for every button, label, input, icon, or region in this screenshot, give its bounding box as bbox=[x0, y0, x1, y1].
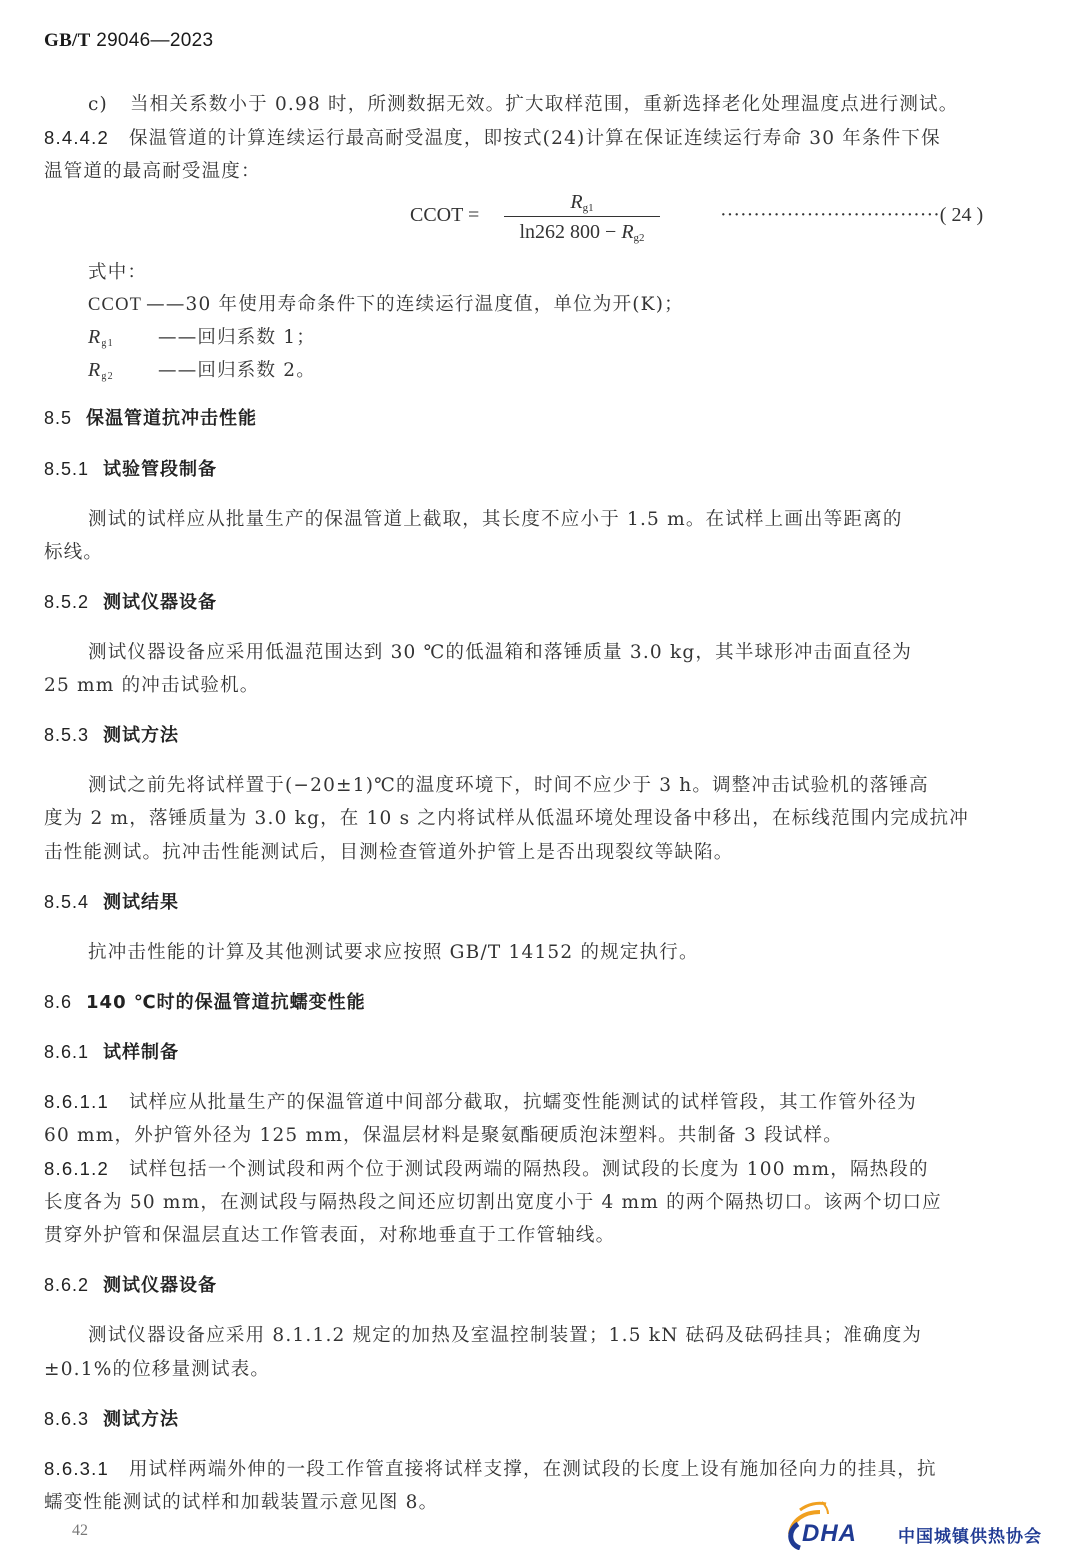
formula-24: CCOT = Rg1 ln262 800 − Rg2 ·············… bbox=[410, 188, 1030, 248]
numerator-symbol: R bbox=[570, 191, 582, 213]
heading-8-6-1: 8.6.1试样制备 bbox=[44, 1038, 179, 1064]
denominator-prefix: ln262 800 − bbox=[519, 221, 621, 243]
variable-symbol: Rg1 bbox=[88, 326, 158, 349]
symbol-letter: R bbox=[88, 326, 101, 348]
heading-8-6: 8.6140 ℃时的保温管道抗蠕变性能 bbox=[44, 988, 366, 1014]
clause-8-4-4-2: 8.4.4.2保温管道的计算连续运行最高耐受温度，即按式(24)计算在保证连续运… bbox=[44, 124, 941, 150]
heading-number: 8.6.3 bbox=[44, 1409, 89, 1429]
variable-rg2: Rg2——回归系数 2。 bbox=[88, 356, 316, 382]
heading-title: 测试仪器设备 bbox=[103, 592, 217, 613]
variable-desc: ——30 年使用寿命条件下的连续运行温度值，单位为开(K)； bbox=[146, 294, 684, 315]
where-label: 式中： bbox=[88, 258, 147, 284]
equation-number: ( 24 ) bbox=[940, 204, 983, 226]
heading-number: 8.6.1 bbox=[44, 1042, 89, 1062]
heading-title: 试样制备 bbox=[103, 1042, 179, 1063]
numerator-sub: g1 bbox=[583, 202, 594, 214]
paragraph-line: 贯穿外护管和保温层直达工作管表面，对称地垂直于工作管轴线。 bbox=[44, 1221, 615, 1247]
heading-title: 测试方法 bbox=[103, 725, 179, 746]
formula-leader: ·································( 24 ) bbox=[720, 204, 983, 227]
clause-8-6-3-1: 8.6.3.1用试样两端外伸的一段工作管直接将试样支撑，在测试段的长度上设有施加… bbox=[44, 1455, 937, 1481]
heading-number: 8.5.2 bbox=[44, 592, 89, 612]
paragraph-line: 60 mm，外护管外径为 125 mm，保温层材料是聚氨酯硬质泡沫塑料。共制备 … bbox=[44, 1121, 843, 1147]
heading-number: 8.5.3 bbox=[44, 725, 89, 745]
variable-desc: ——回归系数 1； bbox=[158, 327, 316, 348]
heading-number: 8.6.2 bbox=[44, 1275, 89, 1295]
variable-symbol: CCOT bbox=[88, 295, 142, 316]
heading-8-5-1: 8.5.1试验管段制备 bbox=[44, 455, 217, 481]
paragraph-line: 蠕变性能测试的试样和加载装置示意见图 8。 bbox=[44, 1488, 438, 1514]
denominator-sub: g2 bbox=[634, 232, 645, 244]
clause-number: 8.6.3.1 bbox=[44, 1458, 109, 1479]
paragraph-line: 测试仪器设备应采用 8.1.1.2 规定的加热及室温控制装置；1.5 kN 砝码… bbox=[88, 1321, 922, 1347]
heading-number: 8.5.1 bbox=[44, 459, 89, 479]
heading-title: 140 ℃时的保温管道抗蠕变性能 bbox=[86, 992, 366, 1013]
paragraph-line: 标线。 bbox=[44, 538, 103, 564]
variable-symbol: Rg2 bbox=[88, 359, 158, 382]
variable-rg1: Rg1——回归系数 1； bbox=[88, 323, 316, 349]
clause-text-cont: 温管道的最高耐受温度： bbox=[44, 157, 261, 183]
clause-text: 保温管道的计算连续运行最高耐受温度，即按式(24)计算在保证连续运行寿命 30 … bbox=[129, 128, 941, 149]
heading-8-5-4: 8.5.4测试结果 bbox=[44, 888, 179, 914]
formula-numerator: Rg1 bbox=[502, 188, 662, 216]
clause-number: 8.6.1.1 bbox=[44, 1091, 109, 1112]
standard-number: 29046—2023 bbox=[96, 30, 213, 51]
heading-title: 测试方法 bbox=[103, 1409, 179, 1430]
paragraph-line: 击性能测试。抗冲击性能测试后，目测检查管道外护管上是否出现裂纹等缺陷。 bbox=[44, 838, 734, 864]
item-c-label: c) bbox=[88, 94, 108, 115]
heading-number: 8.6 bbox=[44, 992, 72, 1012]
standard-code: GB/T 29046—2023 bbox=[44, 30, 213, 52]
heading-title: 试验管段制备 bbox=[103, 459, 217, 480]
clause-text: 用试样两端外伸的一段工作管直接将试样支撑，在测试段的长度上设有施加径向力的挂具，… bbox=[129, 1459, 937, 1480]
paragraph-line: 测试的试样应从批量生产的保温管道上截取，其长度不应小于 1.5 m。在试样上画出… bbox=[88, 505, 903, 531]
variable-ccot: CCOT——30 年使用寿命条件下的连续运行温度值，单位为开(K)； bbox=[88, 290, 684, 316]
formula-fraction: Rg1 ln262 800 − Rg2 bbox=[502, 188, 662, 245]
heading-title: 保温管道抗冲击性能 bbox=[86, 408, 257, 429]
paragraph-line: 测试之前先将试样置于(−20±1)℃的温度环境下，时间不应少于 3 h。调整冲击… bbox=[88, 771, 929, 797]
heading-title: 测试仪器设备 bbox=[103, 1275, 217, 1296]
leader-dots: ································· bbox=[720, 204, 940, 226]
paragraph-line: 抗冲击性能的计算及其他测试要求应按照 GB/T 14152 的规定执行。 bbox=[88, 938, 699, 964]
variable-desc: ——回归系数 2。 bbox=[158, 360, 316, 381]
clause-number: 8.4.4.2 bbox=[44, 127, 109, 148]
heading-8-5-2: 8.5.2测试仪器设备 bbox=[44, 588, 217, 614]
paragraph-line: 25 mm 的冲击试验机。 bbox=[44, 671, 260, 697]
formula-denominator: ln262 800 − Rg2 bbox=[502, 217, 662, 245]
logo-mark: DHA bbox=[802, 1520, 857, 1548]
heading-number: 8.5 bbox=[44, 408, 72, 428]
clause-8-6-1-1: 8.6.1.1试样应从批量生产的保温管道中间部分截取，抗蠕变性能测试的试样管段，… bbox=[44, 1088, 917, 1114]
clause-text: 试样包括一个测试段和两个位于测试段两端的隔热段。测试段的长度为 100 mm，隔… bbox=[129, 1159, 929, 1180]
heading-number: 8.5.4 bbox=[44, 892, 89, 912]
symbol-sub: g1 bbox=[101, 338, 113, 349]
paragraph-line: 长度各为 50 mm，在测试段与隔热段之间还应切割出宽度小于 4 mm 的两个隔… bbox=[44, 1188, 942, 1214]
clause-number: 8.6.1.2 bbox=[44, 1158, 109, 1179]
clause-text: 试样应从批量生产的保温管道中间部分截取，抗蠕变性能测试的试样管段，其工作管外径为 bbox=[129, 1092, 917, 1113]
clause-8-6-1-2: 8.6.1.2试样包括一个测试段和两个位于测试段两端的隔热段。测试段的长度为 1… bbox=[44, 1155, 929, 1181]
item-c: c)当相关系数小于 0.98 时，所测数据无效。扩大取样范围，重新选择老化处理温… bbox=[88, 90, 958, 116]
heading-8-5: 8.5保温管道抗冲击性能 bbox=[44, 404, 257, 430]
paragraph-line: 测试仪器设备应采用低温范围达到 30 ℃的低温箱和落锤质量 3.0 kg，其半球… bbox=[88, 638, 912, 664]
heading-8-6-3: 8.6.3测试方法 bbox=[44, 1405, 179, 1431]
heading-8-6-2: 8.6.2测试仪器设备 bbox=[44, 1271, 217, 1297]
formula-lhs: CCOT = bbox=[410, 204, 479, 227]
denominator-symbol: R bbox=[621, 221, 633, 243]
symbol-sub: g2 bbox=[101, 371, 113, 382]
heading-title: 测试结果 bbox=[103, 892, 179, 913]
org-name: 中国城镇供热协会 bbox=[898, 1522, 1042, 1547]
heading-8-5-3: 8.5.3测试方法 bbox=[44, 721, 179, 747]
standard-prefix: GB/T bbox=[44, 30, 91, 51]
symbol-letter: R bbox=[88, 359, 101, 381]
item-c-text: 当相关系数小于 0.98 时，所测数据无效。扩大取样范围，重新选择老化处理温度点… bbox=[130, 94, 958, 115]
paragraph-line: ±0.1%的位移量测试表。 bbox=[44, 1355, 270, 1381]
page-number: 42 bbox=[72, 1522, 88, 1540]
dha-logo: DHA 中国城镇供热协会 bbox=[786, 1500, 1076, 1550]
paragraph-line: 度为 2 m，落锤质量为 3.0 kg，在 10 s 之内将试样从低温环境处理设… bbox=[44, 804, 969, 830]
